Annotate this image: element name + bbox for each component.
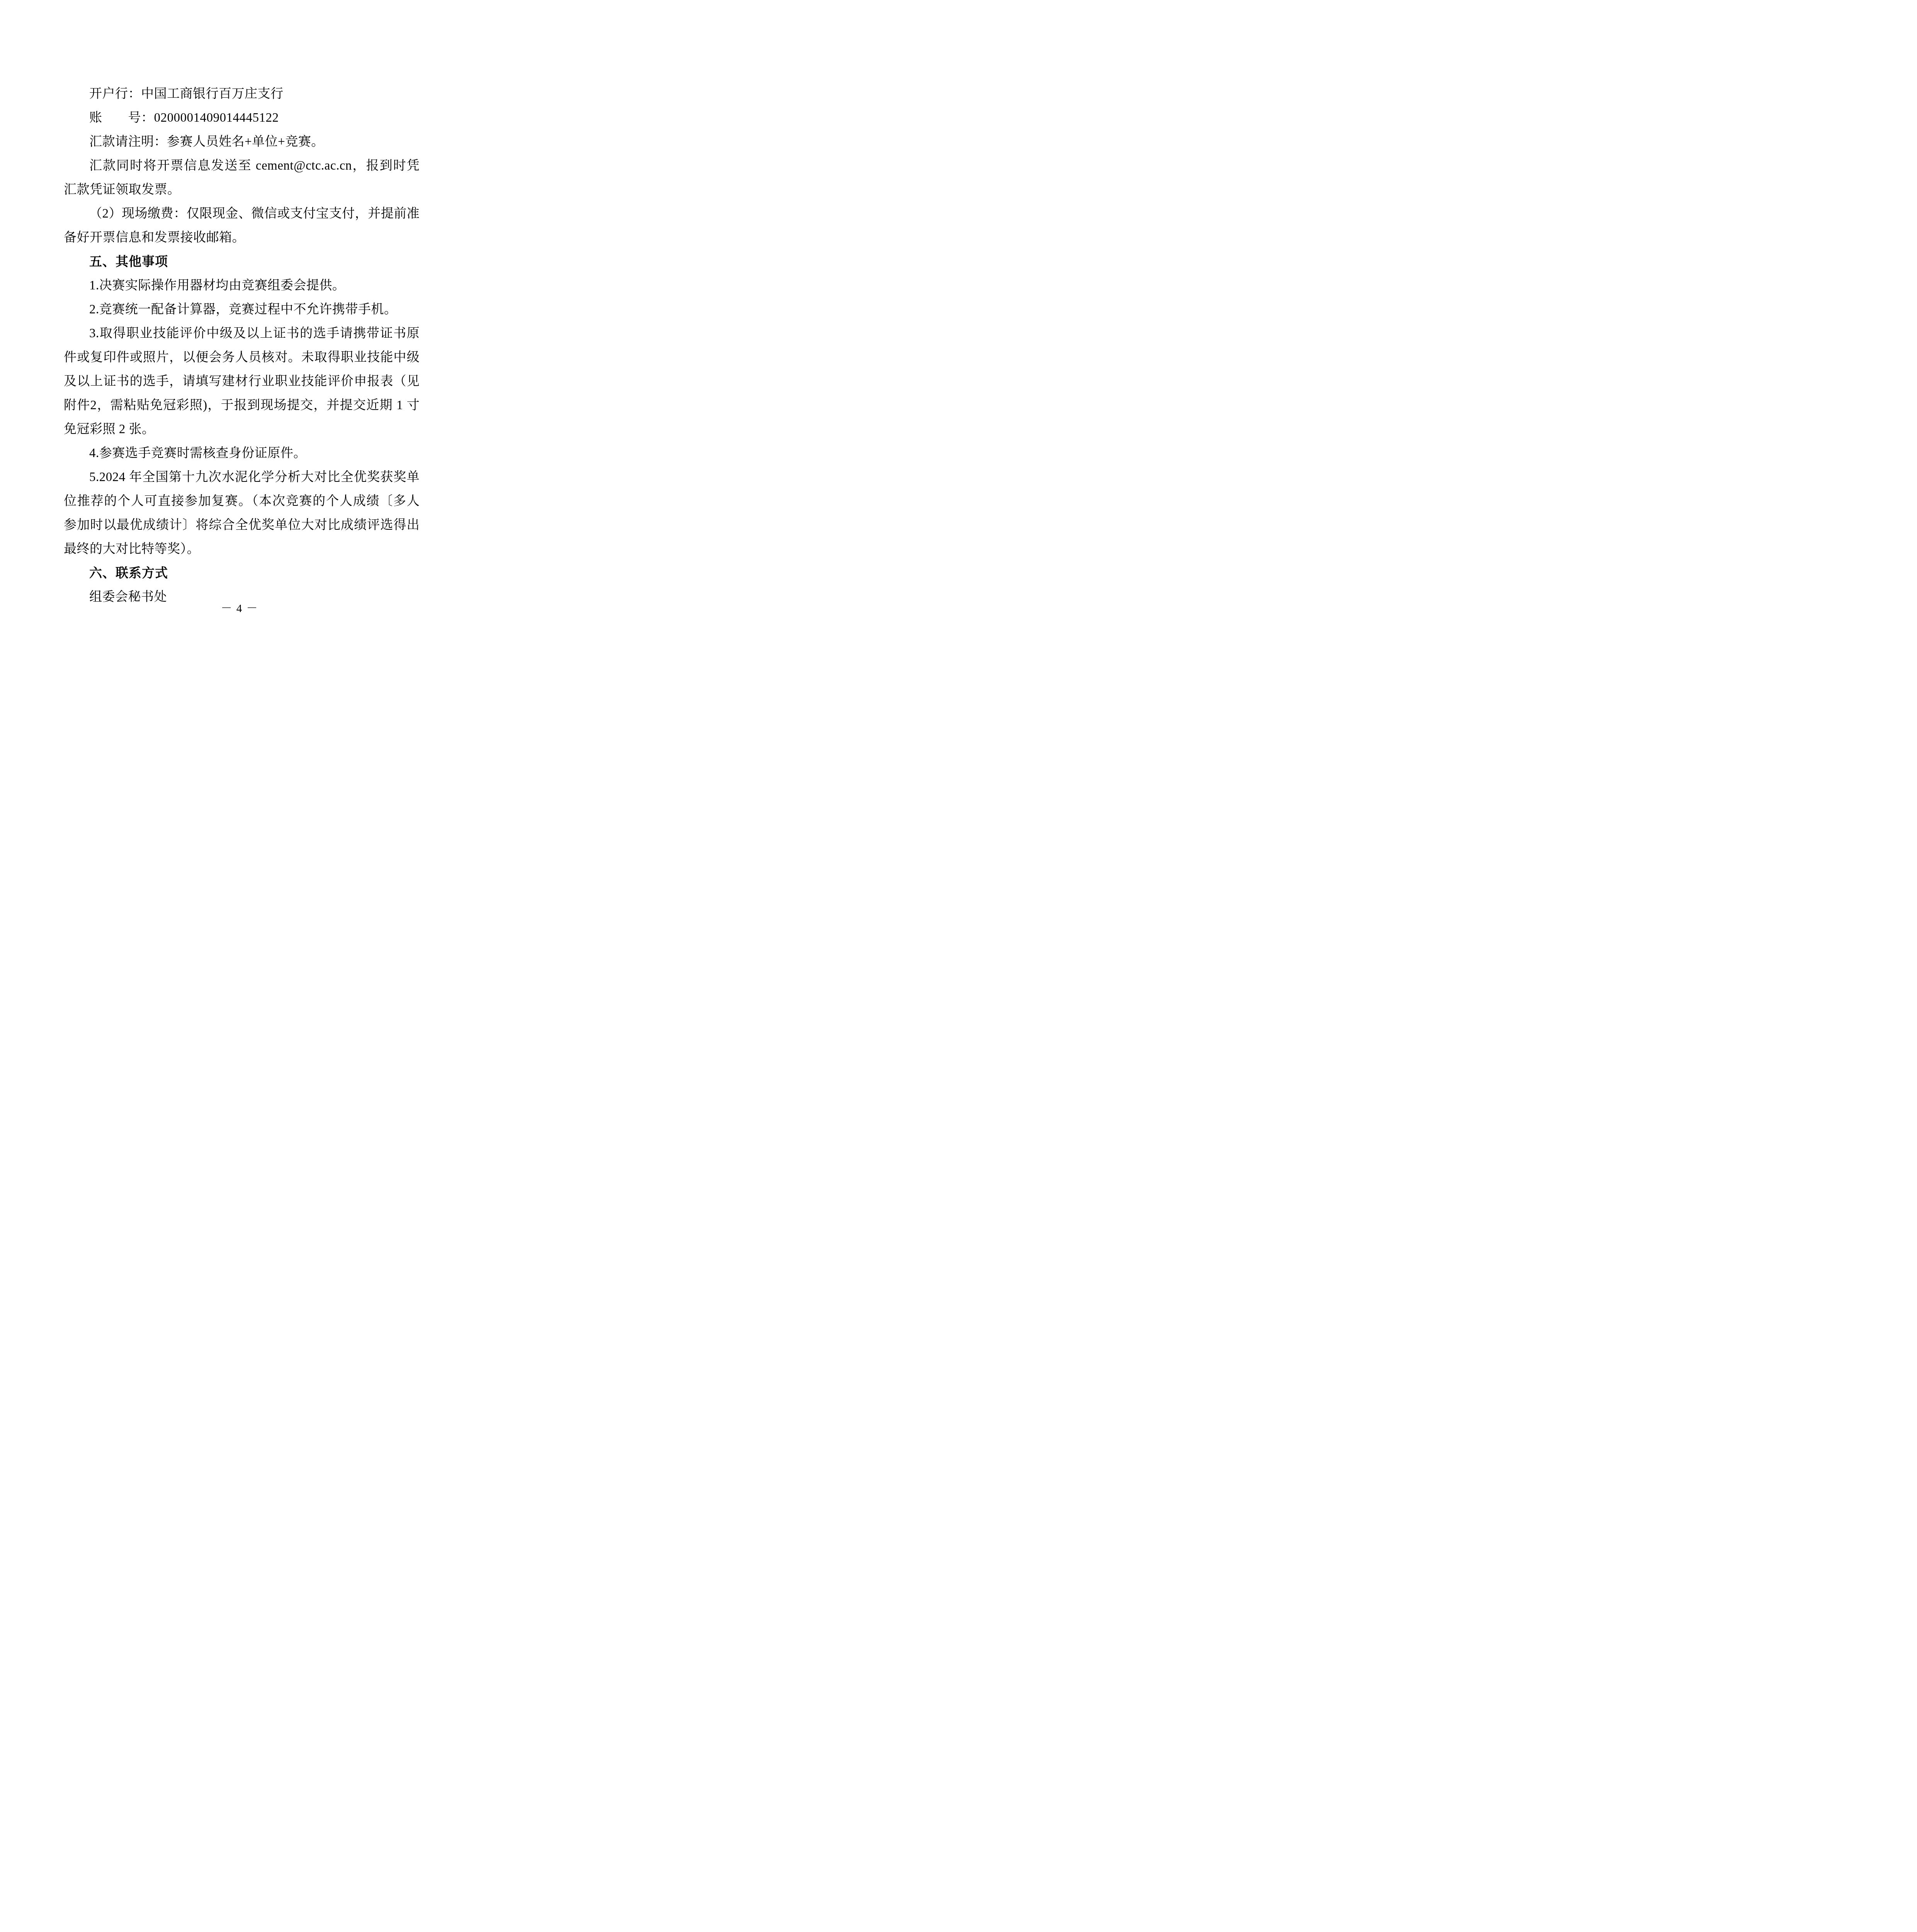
section-heading: 六、联系方式 — [64, 561, 420, 585]
document-page: 开户行：中国工商银行百万庄支行账 号：0200001409014445122汇款… — [0, 0, 479, 678]
paragraph: 4.参赛选手竞赛时需核查身份证原件。 — [64, 441, 420, 465]
paragraph: 1.决赛实际操作用器材均由竞赛组委会提供。 — [64, 274, 420, 298]
section-heading: 五、其他事项 — [64, 250, 420, 274]
paragraph: 开户行：中国工商银行百万庄支行 — [64, 82, 420, 106]
paragraph: 汇款同时将开票信息发送至 cement@ctc.ac.cn，报到时凭汇款凭证领取… — [64, 154, 420, 202]
paragraph: （2）现场缴费：仅限现金、微信或支付宝支付，并提前准备好开票信息和发票接收邮箱。 — [64, 202, 420, 250]
paragraph: 2.竞赛统一配备计算器，竞赛过程中不允许携带手机。 — [64, 298, 420, 321]
paragraph: 5.2024 年全国第十九次水泥化学分析大对比全优奖获奖单位推荐的个人可直接参加… — [64, 465, 420, 561]
paragraph: 3.取得职业技能评价中级及以上证书的选手请携带证书原件或复印件或照片，以便会务人… — [64, 321, 420, 441]
paragraph: 账 号：0200001409014445122 — [64, 106, 420, 130]
document-body: 开户行：中国工商银行百万庄支行账 号：0200001409014445122汇款… — [64, 82, 420, 609]
page-number: － 4 － — [0, 602, 479, 615]
paragraph: 汇款请注明：参赛人员姓名+单位+竞赛。 — [64, 130, 420, 154]
